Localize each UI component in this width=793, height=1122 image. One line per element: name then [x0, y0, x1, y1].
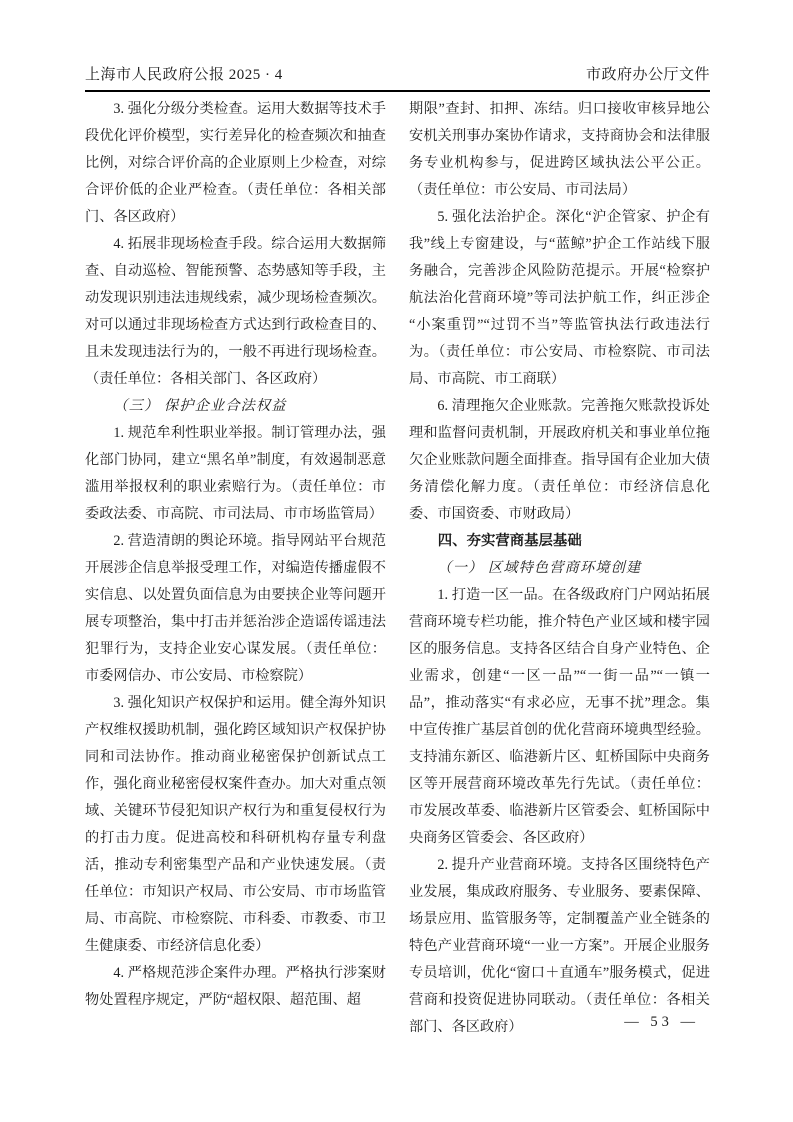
paragraph: 2. 营造清朗的舆论环境。指导网站平台规范开展涉企信息举报受理工作，对编造传播虚…	[85, 528, 386, 690]
paragraph: 3. 强化知识产权保护和运用。健全海外知识产权维权援助机制，强化跨区域知识产权保…	[85, 690, 386, 960]
paragraph: 3. 强化分级分类检查。运用大数据等技术手段优化评价模型，实行差异化的检查频次和…	[85, 96, 386, 231]
paragraph: 期限”查封、扣押、冻结。归口接收审核异地公安机关刑事办案协作请求，支持商协会和法…	[409, 96, 710, 204]
document-category: 市政府办公厅文件	[586, 63, 710, 84]
subsection-heading: （一） 区域特色营商环境创建	[409, 555, 710, 582]
text-columns: 3. 强化分级分类检查。运用大数据等技术手段优化评价模型，实行差异化的检查频次和…	[85, 96, 710, 1041]
subsection-heading: （三） 保护企业合法权益	[85, 393, 386, 420]
paragraph: 6. 清理拖欠企业账款。完善拖欠账款投诉处理和监督问责机制，开展政府机关和事业单…	[409, 393, 710, 528]
paragraph: 1. 规范牟利性职业举报。制订管理办法，强化部门协同，建立“黑名单”制度，有效遏…	[85, 420, 386, 528]
paragraph: 4. 拓展非现场检查手段。综合运用大数据筛查、自动巡检、智能预警、态势感知等手段…	[85, 231, 386, 393]
paragraph: 1. 打造一区一品。在各级政府门户网站拓展营商环境专栏功能，推介特色产业区域和楼…	[409, 582, 710, 852]
page-header: 上海市人民政府公报 2025 · 4 市政府办公厅文件	[85, 63, 710, 84]
gazette-page: 上海市人民政府公报 2025 · 4 市政府办公厅文件 3. 强化分级分类检查。…	[0, 0, 793, 1122]
paragraph: 5. 强化法治护企。深化“沪企管家、护企有我”线上专窗建设，与“蓝鲸”护企工作站…	[409, 204, 710, 393]
section-heading: 四、夯实营商基层基础	[409, 528, 710, 555]
page-number: — 53 —	[624, 1014, 699, 1031]
paragraph: 2. 提升产业营商环境。支持各区围绕特色产业发展，集成政府服务、专业服务、要素保…	[409, 852, 710, 1041]
paragraph: 4. 严格规范涉企案件办理。严格执行涉案财物处置程序规定，严防“超权限、超范围、…	[85, 960, 386, 1014]
header-rule	[85, 90, 710, 92]
column-left: 3. 强化分级分类检查。运用大数据等技术手段优化评价模型，实行差异化的检查频次和…	[85, 96, 386, 1041]
column-right: 期限”查封、扣押、冻结。归口接收审核异地公安机关刑事办案协作请求，支持商协会和法…	[409, 96, 710, 1041]
gazette-title: 上海市人民政府公报 2025 · 4	[85, 63, 283, 84]
